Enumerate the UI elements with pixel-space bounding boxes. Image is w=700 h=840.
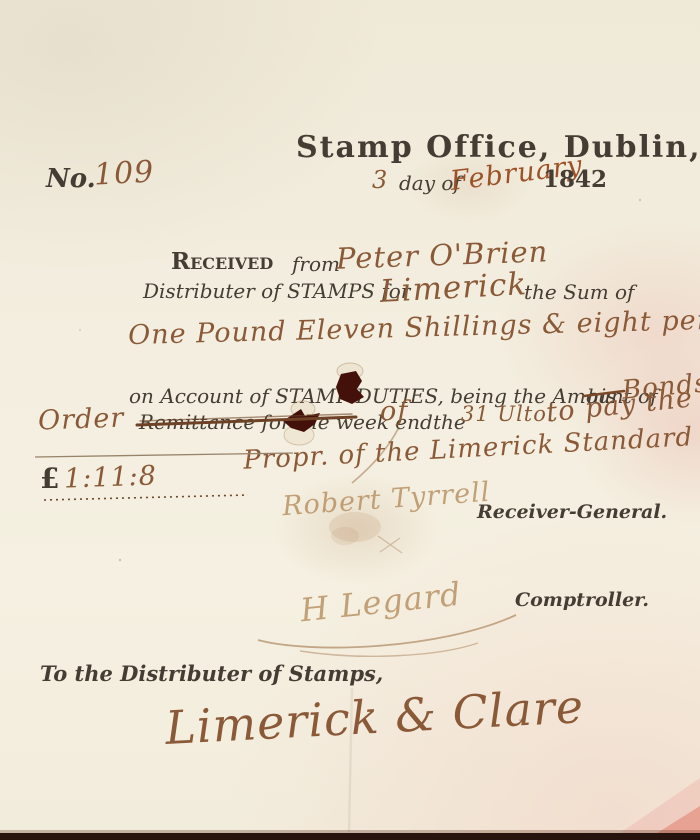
comptroller-label: Comptroller. [515, 589, 649, 611]
scanned-receipt-document: No. 109 Stamp Office, Dublin, 3 day of F… [0, 0, 700, 840]
scan-edge-strip [0, 833, 700, 840]
comptroller-signature: H Legard [298, 575, 463, 630]
pen-stroke [378, 536, 402, 553]
document-number-label: No. [46, 164, 96, 194]
date-year: 1842 [543, 166, 607, 193]
signature-flourish [300, 643, 478, 656]
distributer-label: Distributer of STAMPS for [143, 279, 410, 303]
paper-speck [119, 559, 121, 561]
amount-in-words-handwritten: One Pound Eleven Shillings & eight pence [128, 304, 700, 351]
scan-edge-shadow [0, 830, 700, 833]
addressee-district-handwritten: Limerick & Clare [164, 679, 585, 755]
ulto-handwritten: 31 Ulto. [461, 402, 554, 426]
paper-speck [639, 199, 641, 201]
received-label: Received [171, 248, 273, 275]
order-handwritten: Order [37, 403, 124, 437]
receiver-general-signature: Robert Tyrrell [281, 477, 491, 522]
dotted-underline [44, 495, 248, 500]
date-day-handwritten: 3 [372, 166, 388, 194]
sum-of-label: the Sum of [524, 280, 634, 304]
scan-corner-tint [610, 778, 700, 840]
of-handwritten: of [380, 396, 408, 427]
district-handwritten: Limerick [379, 266, 528, 310]
paper-speck [79, 329, 81, 331]
from-label: from [292, 252, 340, 276]
stain-ring [337, 363, 363, 379]
stain [331, 527, 359, 545]
addressee-label: To the Distributer of Stamps, [40, 661, 383, 686]
amount-figures-handwritten: 1:11:8 [63, 460, 157, 494]
receiver-general-label: Receiver-General. [477, 501, 667, 523]
pound-sign: £ [40, 462, 59, 495]
document-number-value: 109 [93, 154, 155, 192]
scan-corner [646, 806, 700, 840]
